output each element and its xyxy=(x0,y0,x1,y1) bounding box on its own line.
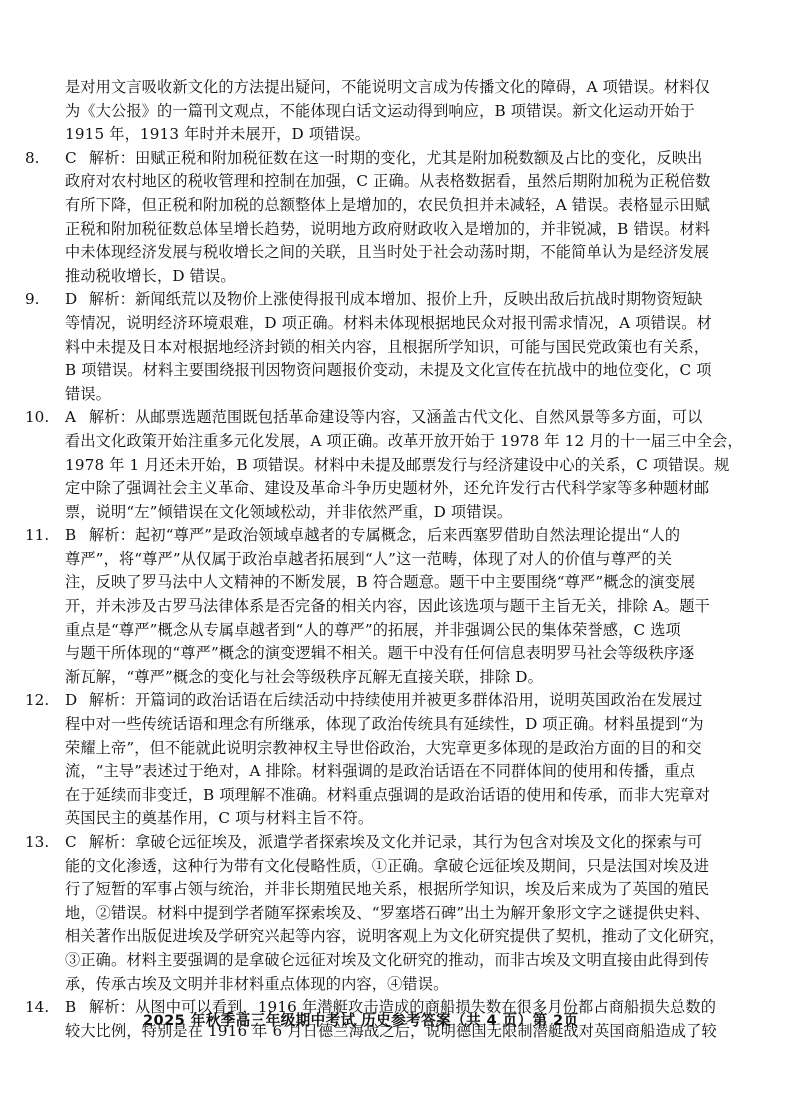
analysis-label: 解析： xyxy=(89,998,135,1016)
first-line: A解析：从邮票选题范围既包括革命建设等内容，又涵盖古代文化、自然风景等多方面，可… xyxy=(0,406,805,430)
text-line: 有所下降，但正税和附加税的总额整体上是增加的，农民负担并未减轻，A 错误。表格显… xyxy=(0,194,805,218)
text-line: 程中对一些传统话语和理念有所继承，体现了政治传统具有延续性，D 项正确。材料虽提… xyxy=(0,713,805,737)
analysis-label: 解析： xyxy=(89,691,135,709)
analysis-label: 解析： xyxy=(89,290,135,308)
page-footer: 2025 年秋季高三年级期中考试 历史参考答案（共 4 页）第 2页 xyxy=(143,1010,579,1032)
text-line: 开，并未涉及古罗马法律体系是否完备的相关内容，因此该选项与题干主旨无关，排除 A… xyxy=(0,595,805,619)
question-number: 8. xyxy=(25,147,65,171)
question-number: 13. xyxy=(25,831,65,855)
text-line: 票，说明“左”倾错误在文化领域松动，并非依然严重，D 项错误。 xyxy=(0,501,805,525)
text-line: 推动税收增长，D 错误。 xyxy=(0,265,805,289)
answer-letter: B xyxy=(65,996,89,1020)
text-line: 开篇词的政治话语在后续活动中持续使用并被更多群体沿用，说明英国政治在发展过 xyxy=(135,691,703,709)
answer-letter: A xyxy=(65,406,89,430)
answer-item-12: 12. D解析：开篇词的政治话语在后续活动中持续使用并被更多群体沿用，说明英国政… xyxy=(0,689,805,831)
answer-item-11: 11. B解析：起初“尊严”是政治领域卓越者的专属概念，后来西塞罗借助自然法理论… xyxy=(0,524,805,689)
answer-letter: D xyxy=(65,288,89,312)
text-line: 注，反映了罗马法中人文精神的不断发展，B 符合题意。题干中主要围绕“尊严”概念的… xyxy=(0,571,805,595)
text-line: 尊严”，将“尊严”从仅属于政治卓越者拓展到“人”这一范畴，体现了对人的价值与尊严… xyxy=(0,548,805,572)
text-line: 看出文化政策开始注重多元化发展，A 项正确。改革开放开始于 1978 年 12 … xyxy=(0,430,805,454)
text-line: 料中未提及日本对根据地经济封锁的相关内容，且根据所学知识，可能与国民党政策也有关… xyxy=(0,336,805,360)
question-number: 10. xyxy=(25,406,65,430)
answer-item-13: 13. C解析：拿破仑远征埃及，派遣学者探索埃及文化并记录，其行为包含对埃及文化… xyxy=(0,831,805,996)
text-line: 正税和附加税征数总体呈增长趋势，说明地方政府财政收入是增加的，并非锐减，B 错误… xyxy=(0,218,805,242)
text-line: 1978 年 1 月还未开始，B 项错误。材料中未提及邮票发行与经济建设中心的关… xyxy=(0,454,805,478)
text-line: 重点是“尊严”概念从专属卓越者到“人的尊严”的拓展，并非强调公民的集体荣誉感，C… xyxy=(0,619,805,643)
answer-letter: C xyxy=(65,147,89,171)
first-line: D解析：新闻纸荒以及物价上涨使得报刊成本增加、报价上升，反映出敌后抗战时期物资短… xyxy=(0,288,805,312)
answer-letter: B xyxy=(65,524,89,548)
text-line: 行了短暂的军事占领与统治，并非长期殖民地关系，根据所学知识，埃及后来成为了英国的… xyxy=(0,878,805,902)
text-line: 为《大公报》的一篇刊文观点，不能体现白话文运动得到响应，B 项错误。新文化运动开… xyxy=(0,100,805,124)
text-line: 定中除了强调社会主义革命、建设及革命斗争历史题材外，还允许发行古代科学家等多种题… xyxy=(0,477,805,501)
text-line: 新闻纸荒以及物价上涨使得报刊成本增加、报价上升，反映出敌后抗战时期物资短缺 xyxy=(135,290,703,308)
analysis-label: 解析： xyxy=(89,526,135,544)
text-line: 田赋正税和附加税征数在这一时期的变化，尤其是附加税数额及占比的变化，反映出 xyxy=(135,149,703,167)
first-line: B解析：起初“尊严”是政治领域卓越者的专属概念，后来西塞罗借助自然法理论提出“人… xyxy=(0,524,805,548)
analysis-label: 解析： xyxy=(89,408,135,426)
text-line: 1915 年，1913 年时并未展开，D 项错误。 xyxy=(0,123,805,147)
text-line: B 项错误。材料主要围绕报刊因物资问题报价变动，未提及文化宣传在抗战中的地位变化… xyxy=(0,359,805,383)
text-line: 政府对农村地区的税收管理和控制在加强，C 正确。从表格数据看，虽然后期附加税为正… xyxy=(0,170,805,194)
analysis-label: 解析： xyxy=(89,149,135,167)
analysis-label: 解析： xyxy=(89,833,135,851)
answer-item-8: 8. C解析：田赋正税和附加税征数在这一时期的变化，尤其是附加税数额及占比的变化… xyxy=(0,147,805,289)
first-line: D解析：开篇词的政治话语在后续活动中持续使用并被更多群体沿用，说明英国政治在发展… xyxy=(0,689,805,713)
text-line: 承，传承古埃及文明并非材料重点体现的内容，④错误。 xyxy=(0,973,805,997)
continuation-paragraph: 是对用文言吸收新文化的方法提出疑问，不能说明文言成为传播文化的障碍，A 项错误。… xyxy=(0,76,805,147)
question-number: 9. xyxy=(25,288,65,312)
answer-item-10: 10. A解析：从邮票选题范围既包括革命建设等内容，又涵盖古代文化、自然风景等多… xyxy=(0,406,805,524)
answer-letter: D xyxy=(65,689,89,713)
text-line: 荣耀上帝”，但不能就此说明宗教神权主导世俗政治，大宪章更多体现的是政治方面的目的… xyxy=(0,737,805,761)
text-line: 与题干所体现的“尊严”概念的演变逻辑不相关。题干中没有任何信息表明罗马社会等级秩… xyxy=(0,642,805,666)
question-number: 12. xyxy=(25,689,65,713)
answer-key-page: 是对用文言吸收新文化的方法提出疑问，不能说明文言成为传播文化的障碍，A 项错误。… xyxy=(0,76,805,1043)
text-line: 从邮票选题范围既包括革命建设等内容，又涵盖古代文化、自然风景等多方面，可以 xyxy=(135,408,703,426)
text-line: 错误。 xyxy=(0,383,805,407)
text-line: 等情况，说明经济环境艰难，D 项正确。材料未体现根据地民众对报刊需求情况，A 项… xyxy=(0,312,805,336)
answer-letter: C xyxy=(65,831,89,855)
text-line: 渐瓦解，“尊严”概念的变化与社会等级秩序瓦解无直接关联，排除 D。 xyxy=(0,666,805,690)
answer-item-9: 9. D解析：新闻纸荒以及物价上涨使得报刊成本增加、报价上升，反映出敌后抗战时期… xyxy=(0,288,805,406)
text-line: ③正确。材料主要强调的是拿破仑远征对埃及文化研究的推动，而非古埃及文明直接由此得… xyxy=(0,949,805,973)
text-line: 相关著作出版促进埃及学研究兴起等内容，说明客观上为文化研究提供了契机，推动了文化… xyxy=(0,925,805,949)
text-line: 地，②错误。材料中提到学者随军探索埃及、“罗塞塔石碑”出土为解开象形文字之谜提供… xyxy=(0,902,805,926)
text-line: 在于延续而非变迁，B 项理解不准确。材料重点强调的是政治话语的使用和传承，而非大… xyxy=(0,784,805,808)
text-line: 英国民主的奠基作用，C 项与材料主旨不符。 xyxy=(0,807,805,831)
question-number: 11. xyxy=(25,524,65,548)
text-line: 流，“主导”表述过于绝对，A 排除。材料强调的是政治话语在不同群体间的使用和传播… xyxy=(0,760,805,784)
first-line: C解析：拿破仑远征埃及，派遣学者探索埃及文化并记录，其行为包含对埃及文化的探索与… xyxy=(0,831,805,855)
text-line: 能的文化渗透，这种行为带有文化侵略性质，①正确。拿破仑远征埃及期间，只是法国对埃… xyxy=(0,855,805,879)
text-line: 是对用文言吸收新文化的方法提出疑问，不能说明文言成为传播文化的障碍，A 项错误。… xyxy=(0,76,805,100)
question-number: 14. xyxy=(25,996,65,1020)
text-line: 中未体现经济发展与税收增长之间的关联，且当时处于社会动荡时期，不能简单认为是经济… xyxy=(0,241,805,265)
text-line: 起初“尊严”是政治领域卓越者的专属概念，后来西塞罗借助自然法理论提出“人的 xyxy=(135,526,680,544)
first-line: C解析：田赋正税和附加税征数在这一时期的变化，尤其是附加税数额及占比的变化，反映… xyxy=(0,147,805,171)
text-line: 拿破仑远征埃及，派遣学者探索埃及文化并记录，其行为包含对埃及文化的探索与可 xyxy=(135,833,703,851)
